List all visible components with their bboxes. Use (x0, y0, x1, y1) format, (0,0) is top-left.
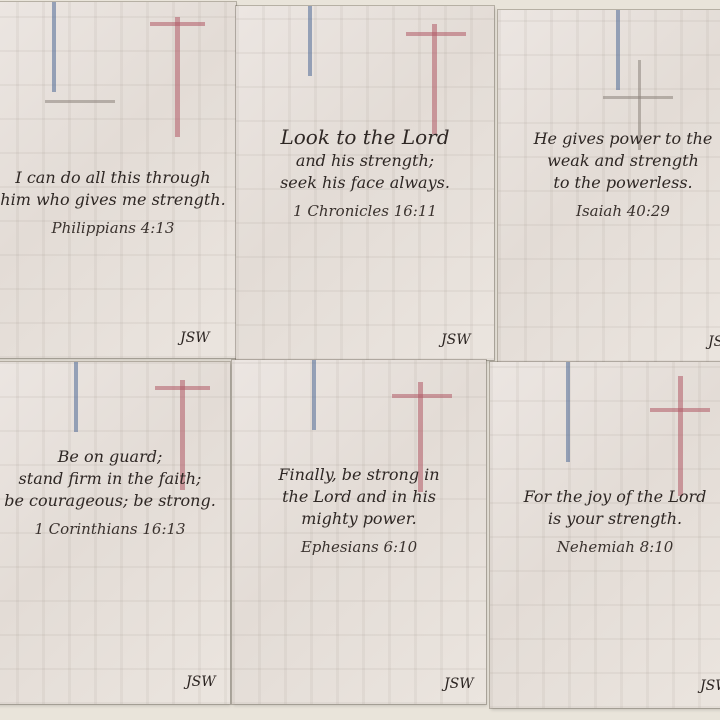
signature: JSW (708, 334, 720, 350)
cross-icon (175, 17, 180, 137)
cross-icon (150, 22, 205, 26)
cross-stroke-icon (566, 362, 570, 462)
cross-icon (678, 376, 683, 496)
cross-stroke-icon (308, 6, 312, 76)
cross-stroke-icon (312, 360, 316, 430)
signature: JSW (444, 676, 474, 692)
verse-text: Finally, be strong in the Lord and in hi… (232, 464, 486, 558)
scripture-card-ephesians: Finally, be strong in the Lord and in hi… (232, 360, 486, 704)
cross-icon (406, 32, 466, 36)
cross-stroke-icon (45, 100, 115, 103)
verse-reference: Ephesians 6:10 (232, 536, 486, 558)
verse-reference: 1 Corinthians 16:13 (0, 518, 230, 540)
cross-stroke-icon (603, 96, 673, 99)
signature: JSW (700, 678, 720, 694)
cross-stroke-icon (74, 362, 78, 432)
cross-stroke-icon (52, 2, 56, 92)
signature: JSW (441, 332, 471, 348)
signature: JSW (186, 674, 216, 690)
verse-reference: 1 Chronicles 16:11 (236, 200, 494, 222)
cross-icon (650, 408, 710, 412)
scripture-card-chronicles: Look to the Lord and his strength; seek … (236, 6, 494, 360)
verse-text: He gives power to the weak and strength … (508, 128, 720, 222)
scripture-card-isaiah: He gives power to the weak and strength … (498, 10, 720, 362)
verse-reference: Nehemiah 8:10 (500, 536, 720, 558)
verse-text: For the joy of the Lord is your strength… (500, 486, 720, 558)
signature: JSW (180, 330, 210, 346)
verse-text: I can do all this through him who gives … (0, 167, 236, 239)
verse-text: Be on guard; stand firm in the faith; be… (0, 446, 230, 540)
scripture-card-nehemiah: For the joy of the Lord is your strength… (490, 362, 720, 708)
cross-stroke-icon (616, 10, 620, 90)
cross-icon (432, 24, 437, 134)
verse-reference: Philippians 4:13 (0, 217, 236, 239)
cross-icon (155, 386, 210, 390)
scripture-card-corinthians: Be on guard; stand firm in the faith; be… (0, 362, 230, 704)
cross-icon (392, 394, 452, 398)
verse-reference: Isaiah 40:29 (508, 200, 720, 222)
scripture-card-philippians: I can do all this through him who gives … (0, 2, 236, 358)
verse-text: Look to the Lord and his strength; seek … (236, 124, 494, 222)
